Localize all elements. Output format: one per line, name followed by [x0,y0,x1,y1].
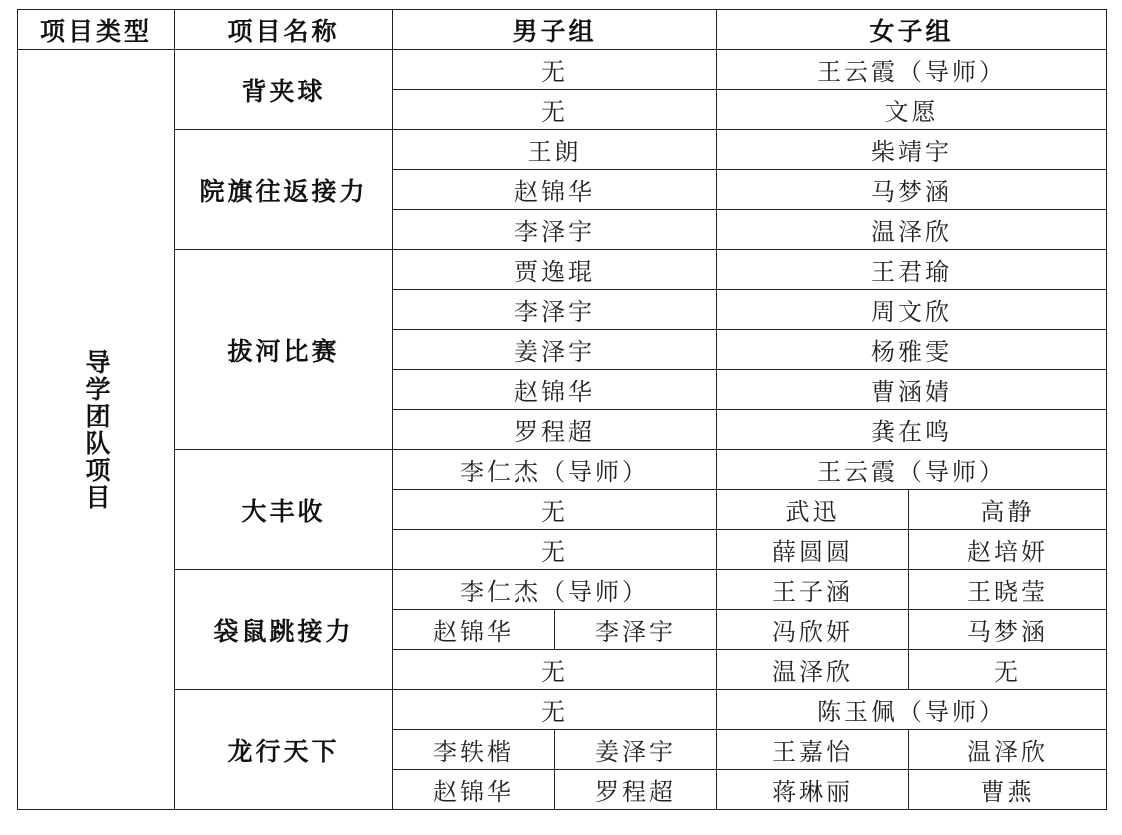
event-name-cell: 龙行天下 [175,690,393,810]
female-member-cell: 王子涵 [717,570,909,610]
male-member-cell: 李仁杰（导师） [393,450,717,490]
male-member-cell: 王朗 [393,130,717,170]
female-member-cell: 柴靖宇 [717,130,1107,170]
male-member-cell: 罗程超 [555,770,717,810]
female-member-cell: 王云霞（导师） [717,450,1107,490]
female-member-cell: 陈玉佩（导师） [717,690,1107,730]
male-member-cell: 赵锦华 [393,170,717,210]
female-member-cell: 王嘉怡 [717,730,909,770]
male-member-cell: 无 [393,650,717,690]
female-member-cell: 王君瑜 [717,250,1107,290]
male-member-cell: 赵锦华 [393,370,717,410]
table-row: 袋鼠跳接力李仁杰（导师）王子涵王晓莹 [18,570,1107,610]
male-member-cell: 李泽宇 [555,610,717,650]
male-member-cell: 贾逸琨 [393,250,717,290]
female-member-cell: 马梦涵 [717,170,1107,210]
table-row: 大丰收李仁杰（导师）王云霞（导师） [18,450,1107,490]
female-member-cell: 曹燕 [909,770,1107,810]
event-name-cell: 拔河比赛 [175,250,393,450]
female-member-cell: 文愿 [717,90,1107,130]
header-female: 女子组 [717,10,1107,50]
female-member-cell: 赵培妍 [909,530,1107,570]
male-member-cell: 罗程超 [393,410,717,450]
female-member-cell: 曹涵婧 [717,370,1107,410]
female-member-cell: 温泽欣 [909,730,1107,770]
table-row: 导学团队项目背夹球无王云霞（导师） [18,50,1107,90]
female-member-cell: 武迅 [717,490,909,530]
event-name-cell: 袋鼠跳接力 [175,570,393,690]
category-cell: 导学团队项目 [18,50,175,810]
male-member-cell: 李泽宇 [393,290,717,330]
male-member-cell: 无 [393,690,717,730]
header-row: 项目类型 项目名称 男子组 女子组 [18,10,1107,50]
female-member-cell: 无 [909,650,1107,690]
table-row: 院旗往返接力王朗柴靖宇 [18,130,1107,170]
female-member-cell: 王晓莹 [909,570,1107,610]
male-member-cell: 李泽宇 [393,210,717,250]
female-member-cell: 周文欣 [717,290,1107,330]
female-member-cell: 温泽欣 [717,650,909,690]
male-member-cell: 姜泽宇 [393,330,717,370]
female-member-cell: 蒋琳丽 [717,770,909,810]
male-member-cell: 无 [393,90,717,130]
team-events-table: 项目类型 项目名称 男子组 女子组 导学团队项目背夹球无王云霞（导师）无文愿院旗… [17,9,1107,810]
header-male: 男子组 [393,10,717,50]
event-name-cell: 背夹球 [175,50,393,130]
male-member-cell: 无 [393,530,717,570]
male-member-cell: 无 [393,50,717,90]
male-member-cell: 李仁杰（导师） [393,570,717,610]
table-row: 拔河比赛贾逸琨王君瑜 [18,250,1107,290]
female-member-cell: 杨雅雯 [717,330,1107,370]
male-member-cell: 李轶楷 [393,730,555,770]
female-member-cell: 冯欣妍 [717,610,909,650]
header-event: 项目名称 [175,10,393,50]
female-member-cell: 马梦涵 [909,610,1107,650]
event-name-cell: 大丰收 [175,450,393,570]
female-member-cell: 王云霞（导师） [717,50,1107,90]
header-type: 项目类型 [18,10,175,50]
female-member-cell: 薛圆圆 [717,530,909,570]
event-name-cell: 院旗往返接力 [175,130,393,250]
female-member-cell: 高静 [909,490,1107,530]
female-member-cell: 温泽欣 [717,210,1107,250]
male-member-cell: 赵锦华 [393,610,555,650]
table-row: 龙行天下无陈玉佩（导师） [18,690,1107,730]
female-member-cell: 龚在鸣 [717,410,1107,450]
male-member-cell: 姜泽宇 [555,730,717,770]
male-member-cell: 无 [393,490,717,530]
male-member-cell: 赵锦华 [393,770,555,810]
